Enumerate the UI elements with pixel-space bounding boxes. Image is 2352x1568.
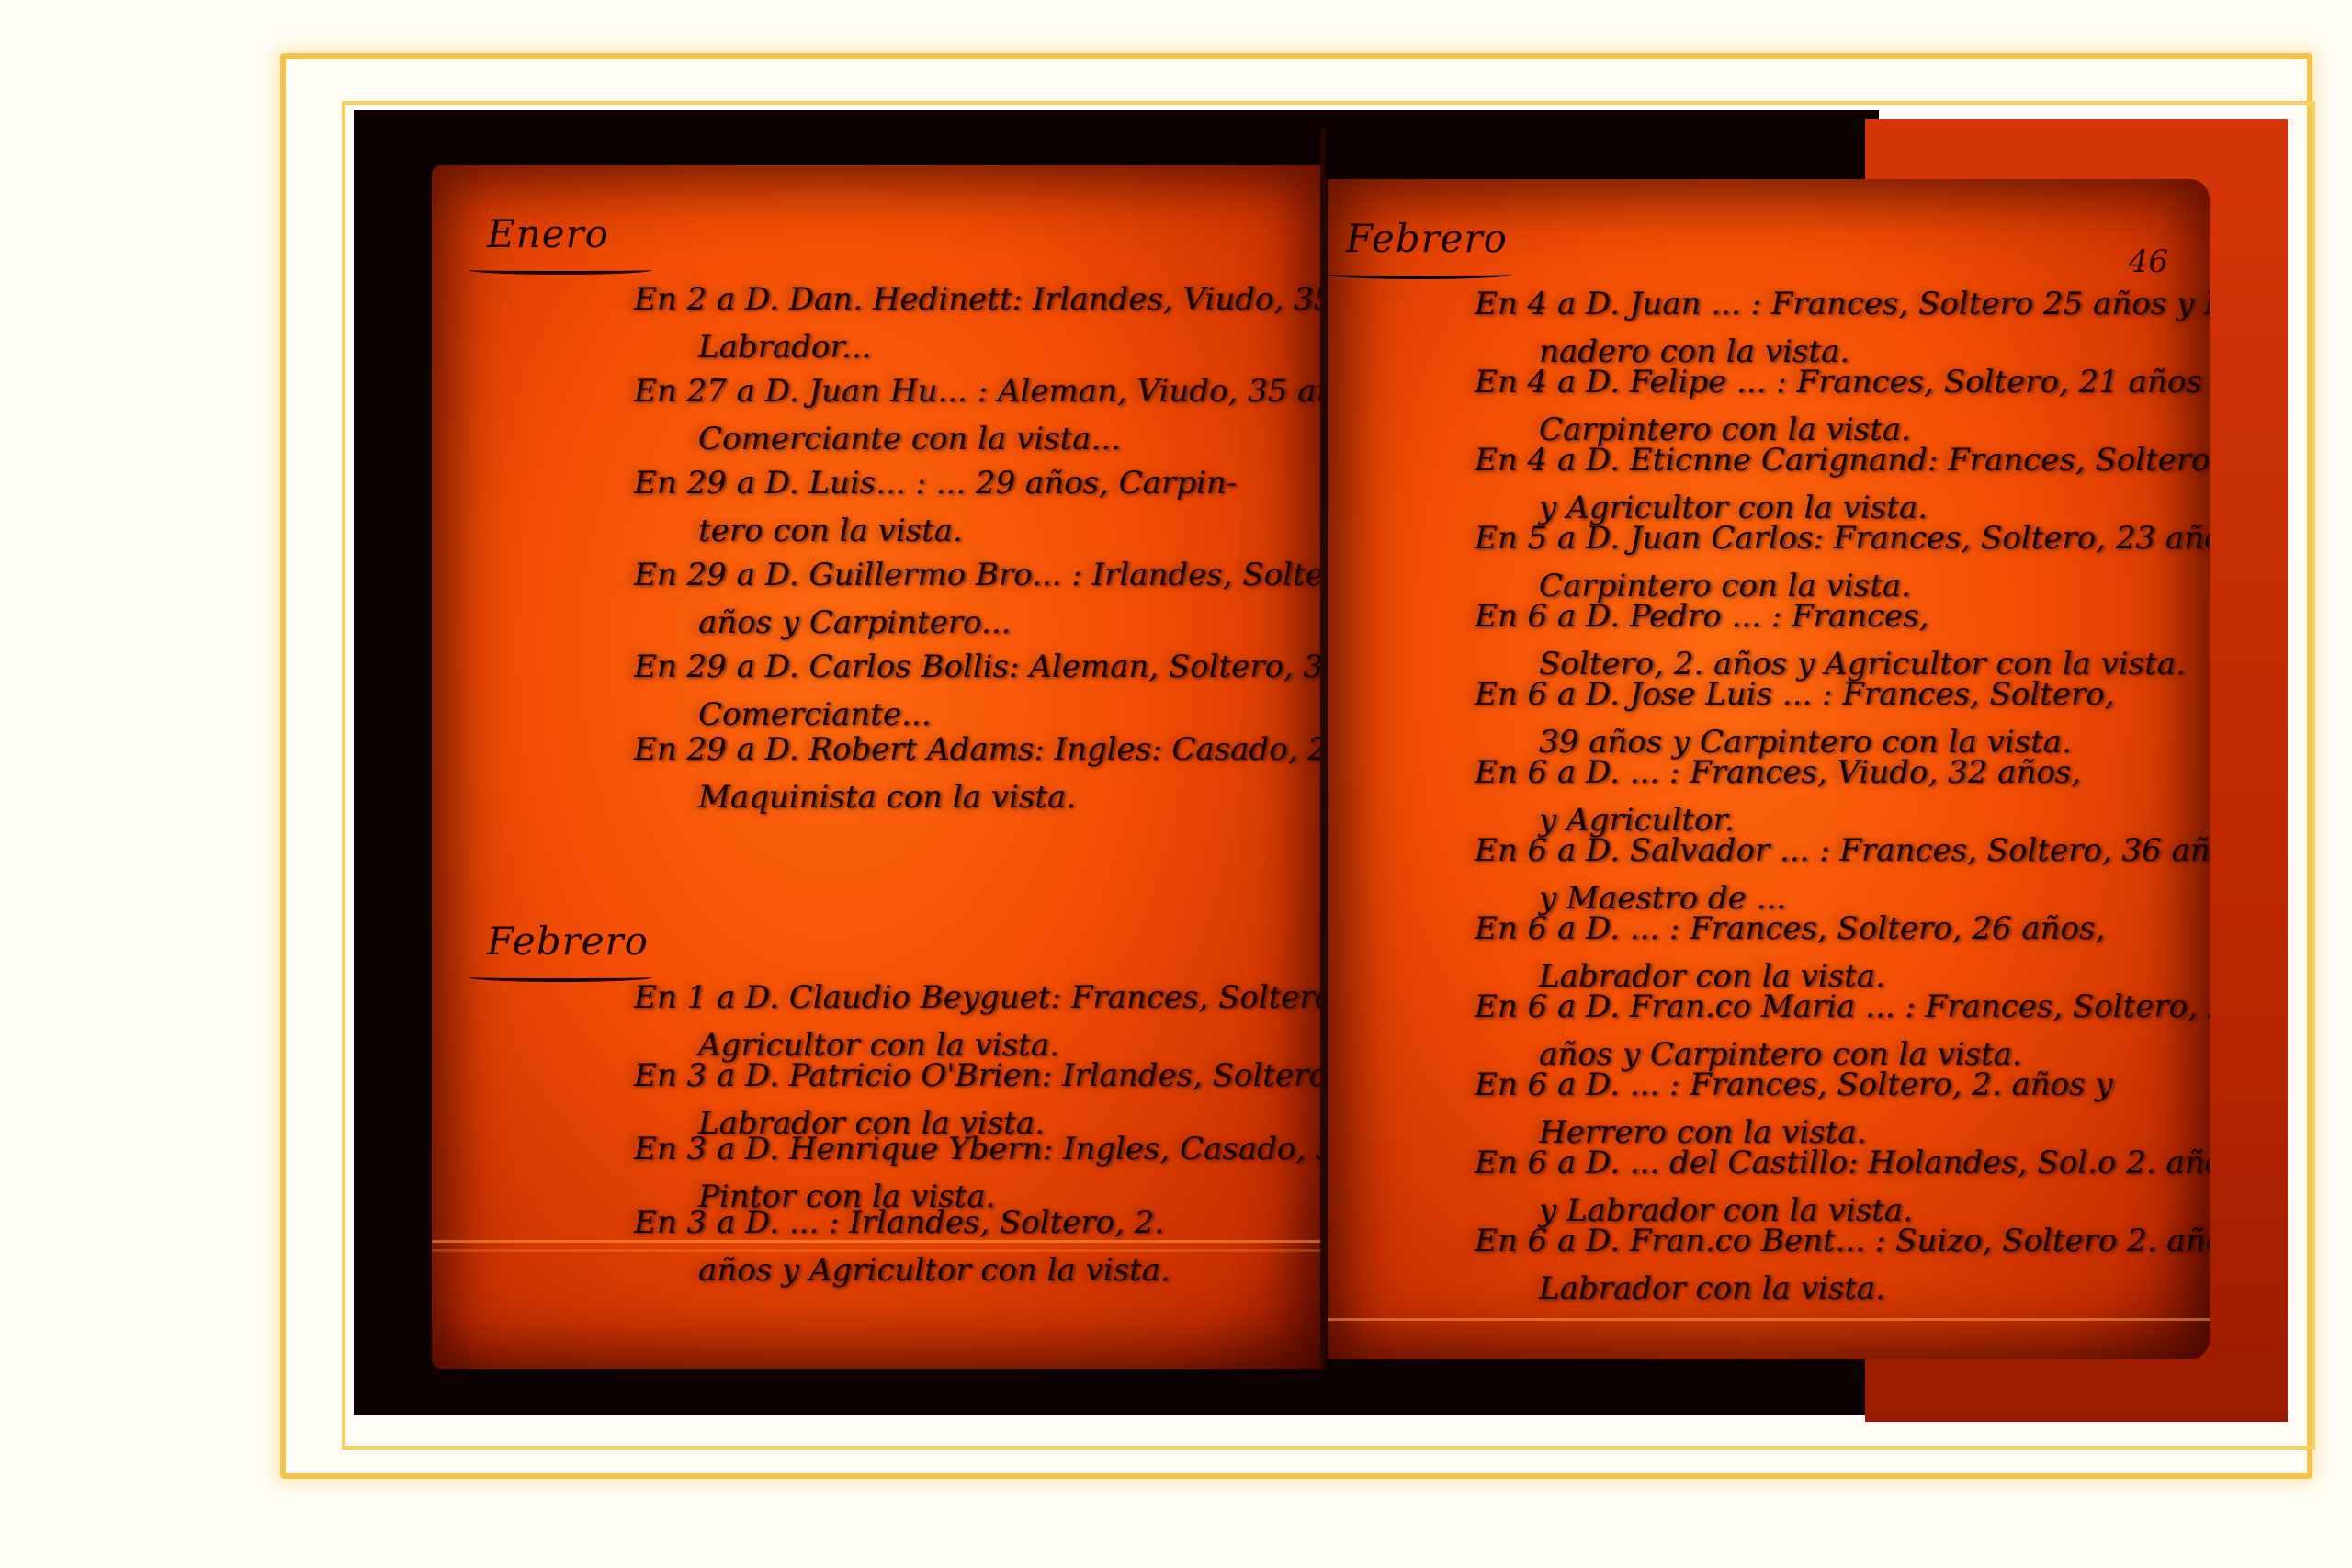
month-heading-febrero: Febrero [1346,216,1508,261]
month-heading-enero: Enero [487,211,609,256]
entry-line: En 2 a D. Dan. Hedinett: Irlandes, Viudo… [634,281,1323,318]
entry-line: En 6 a D. Fran.co Maria ... : Frances, S… [1475,988,2210,1025]
entry-line: En 5 a D. Juan Carlos: Frances, Soltero,… [1475,520,2210,557]
entry-line: En 4 a D. Felipe ... : Frances, Soltero,… [1475,364,2210,400]
entry-line: años y Agricultor con la vista. [634,1247,1170,1294]
ledger-entry: En 29 a D. Guillermo Bro... : Irlandes, … [634,551,1323,647]
left-page: Enero En 2 a D. Dan. Hedinett: Irlandes,… [432,165,1323,1369]
entry-line: En 27 a D. Juan Hu... : Aleman, Viudo, 3… [634,373,1323,410]
entry-line: En 4 a D. Juan ... : Frances, Soltero 25… [1475,286,2210,322]
entry-line: años y Carpintero... [634,599,1323,647]
entry-line: En 29 a D. Guillermo Bro... : Irlandes, … [634,557,1323,593]
entry-line: En 29 a D. Luis... : ... 29 años, Carpin… [634,465,1237,502]
entry-line: En 6 a D. Pedro ... : Frances, [1475,598,1928,635]
ledger-entry: En 6 a D. Fran.co Bent... : Suizo, Solte… [1475,1217,2210,1313]
ledger-entry: En 29 a D. Carlos Bollis: Aleman, Solter… [634,643,1323,739]
entry-line: En 6 a D. ... del Castillo: Holandes, So… [1475,1145,2210,1181]
month-heading-febrero: Febrero [487,919,649,964]
entry-line: En 6 a D. Jose Luis ... : Frances, Solte… [1475,676,2114,713]
entry-line: En 29 a D. Carlos Bollis: Aleman, Solter… [634,649,1323,685]
ledger-entry: En 2 a D. Dan. Hedinett: Irlandes, Viudo… [634,276,1323,371]
entry-line: En 6 a D. ... : Frances, Soltero, 2. año… [1475,1066,2113,1103]
entry-line: En 29 a D. Robert Adams: Ingles: Casado,… [634,731,1323,768]
ledger-entry: En 3 a D. ... : Irlandes, Soltero, 2. añ… [634,1199,1170,1294]
right-page: 46 Febrero En 4 a D. Juan ... : Frances,… [1328,179,2210,1359]
entry-line: tero con la vista. [634,507,1237,555]
entry-line: En 4 a D. Eticnne Carignand: Frances, So… [1475,442,2210,479]
entry-line: Comerciante con la vista... [634,415,1323,463]
entry-line: Maquinista con la vista. [634,773,1323,821]
ledger-entry: En 29 a D. Robert Adams: Ingles: Casado,… [634,726,1323,821]
entry-line: Labrador... [634,323,1323,371]
entry-line: En 6 a D. Salvador ... : Frances, Solter… [1475,832,2210,869]
entry-line: Labrador con la vista. [1475,1265,2210,1313]
book-gutter [1320,129,1326,1369]
entry-line: En 3 a D. Patricio O'Brien: Irlandes, So… [634,1057,1323,1094]
ledger-entry: En 29 a D. Luis... : ... 29 años, Carpin… [634,459,1237,555]
entry-line: En 3 a D. Henrique Ybern: Ingles, Casado… [634,1131,1323,1168]
entry-line: En 1 a D. Claudio Beyguet: Frances, Solt… [634,979,1323,1016]
entry-line: En 6 a D. ... : Frances, Viudo, 32 años, [1475,754,2081,791]
ledger-entry: En 27 a D. Juan Hu... : Aleman, Viudo, 3… [634,367,1323,463]
folio-number: 46 [2129,243,2168,280]
entry-line: En 6 a D. Fran.co Bent... : Suizo, Solte… [1475,1223,2210,1259]
entry-line: En 3 a D. ... : Irlandes, Soltero, 2. [634,1204,1164,1241]
entry-line: En 6 a D. ... : Frances, Soltero, 26 año… [1475,910,2105,947]
ruled-line [1328,1318,2210,1321]
